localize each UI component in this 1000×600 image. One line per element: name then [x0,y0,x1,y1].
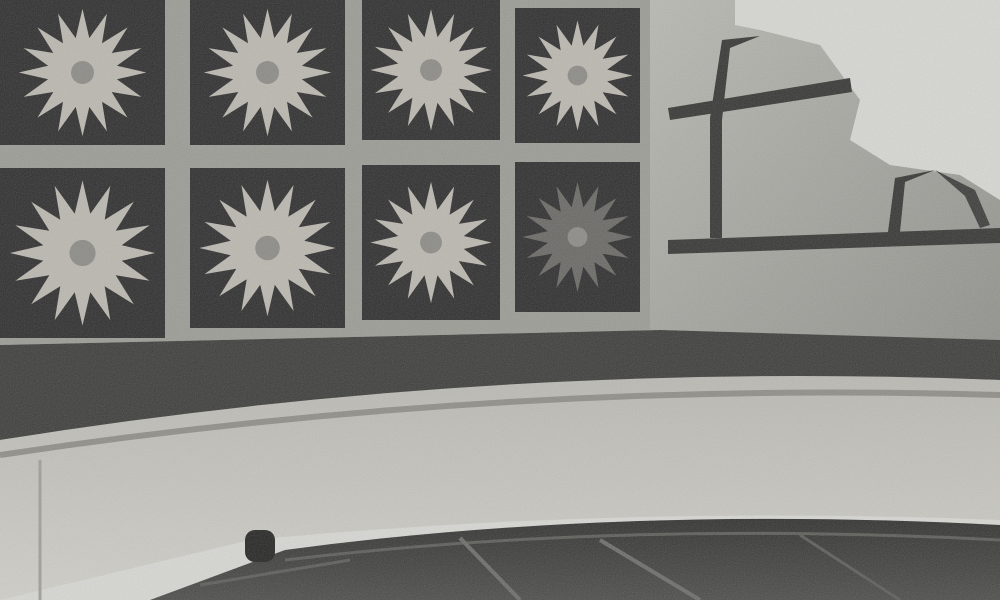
photograph: Architectural detail: coffered ceiling p… [0,0,1000,600]
photo-illustration [0,0,1000,600]
